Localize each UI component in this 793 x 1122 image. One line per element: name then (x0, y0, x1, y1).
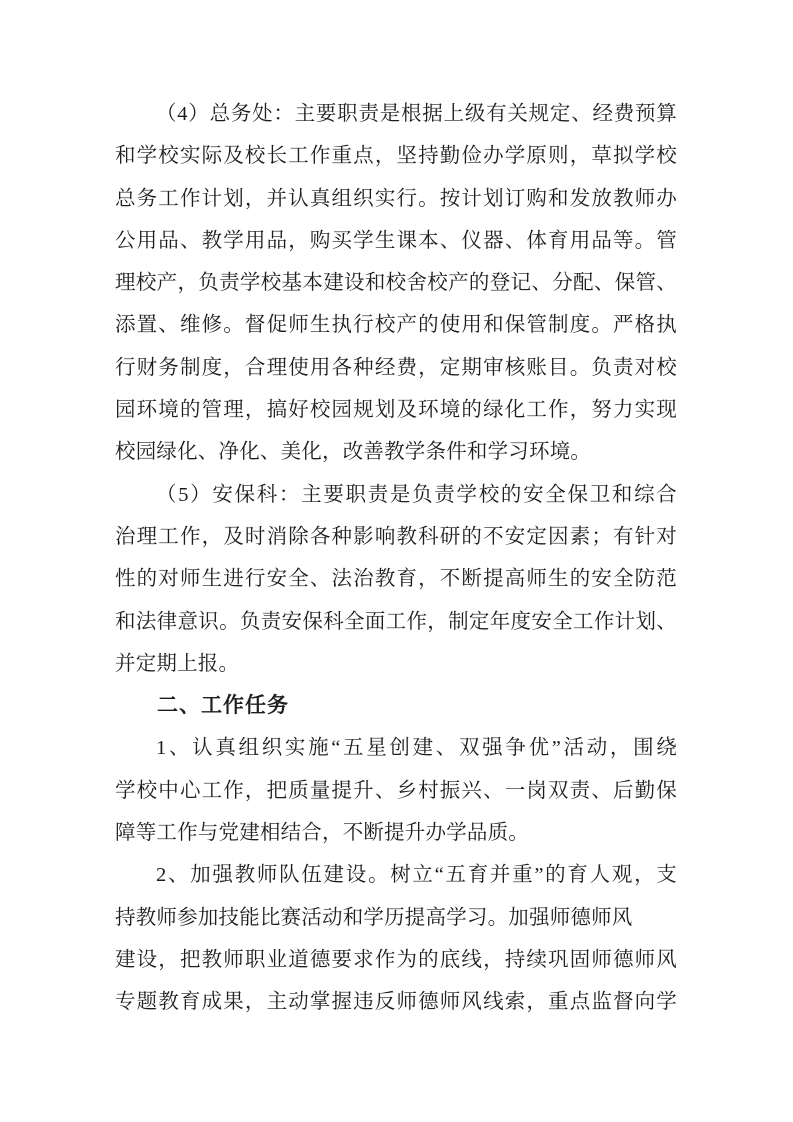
text-line: 校园绿化、净化、美化，改善教学条件和学习环境。 (115, 431, 677, 473)
text-line: （5）安保科：主要职责是负责学校的安全保卫和综合 (115, 474, 677, 516)
text-line: 理校产，负责学校基本建设和校舍校产的登记、分配、保管、 (115, 262, 677, 304)
text-line: 障等工作与党建相结合，不断提升办学品质。 (115, 812, 677, 854)
text-line: 治理工作，及时消除各种影响教科研的不安定因素；有针对 (115, 516, 677, 558)
text-line: 性的对师生进行安全、法治教育，不断提高师生的安全防范 (115, 558, 677, 600)
document-page: （4）总务处：主要职责是根据上级有关规定、经费预算 和学校实际及校长工作重点，坚… (0, 0, 793, 1122)
text-line: 专题教育成果，主动掌握违反师德师风线索，重点监督向学 (115, 981, 677, 1023)
document-text-block: （4）总务处：主要职责是根据上级有关规定、经费预算 和学校实际及校长工作重点，坚… (115, 93, 677, 1024)
text-line: （4）总务处：主要职责是根据上级有关规定、经费预算 (115, 93, 677, 135)
text-line: 学校中心工作，把质量提升、乡村振兴、一岗双责、后勤保 (115, 770, 677, 812)
text-line: 持教师参加技能比赛活动和学历提高学习。加强师德师风 (115, 897, 677, 939)
text-line: 并定期上报。 (115, 643, 677, 685)
text-line: 2、加强教师队伍建设。树立“五育并重”的育人观，支 (115, 854, 677, 896)
text-line: 园环境的管理，搞好校园规划及环境的绿化工作，努力实现 (115, 389, 677, 431)
text-line: 1、认真组织实施“五星创建、双强争优”活动，围绕 (115, 727, 677, 769)
text-line: 总务工作计划，并认真组织实行。按计划订购和发放教师办 (115, 178, 677, 220)
text-line: 和法律意识。负责安保科全面工作，制定年度安全工作计划、 (115, 601, 677, 643)
text-line: 行财务制度，合理使用各种经费，定期审核账目。负责对校 (115, 347, 677, 389)
text-line: 建设，把教师职业道德要求作为的底线，持续巩固师德师风 (115, 939, 677, 981)
text-line: 添置、维修。督促师生执行校产的使用和保管制度。严格执 (115, 304, 677, 346)
section-heading: 二、工作任务 (115, 685, 677, 727)
text-line: 和学校实际及校长工作重点，坚持勤俭办学原则，草拟学校 (115, 135, 677, 177)
text-line: 公用品、教学用品，购买学生课本、仪器、体育用品等。管 (115, 220, 677, 262)
